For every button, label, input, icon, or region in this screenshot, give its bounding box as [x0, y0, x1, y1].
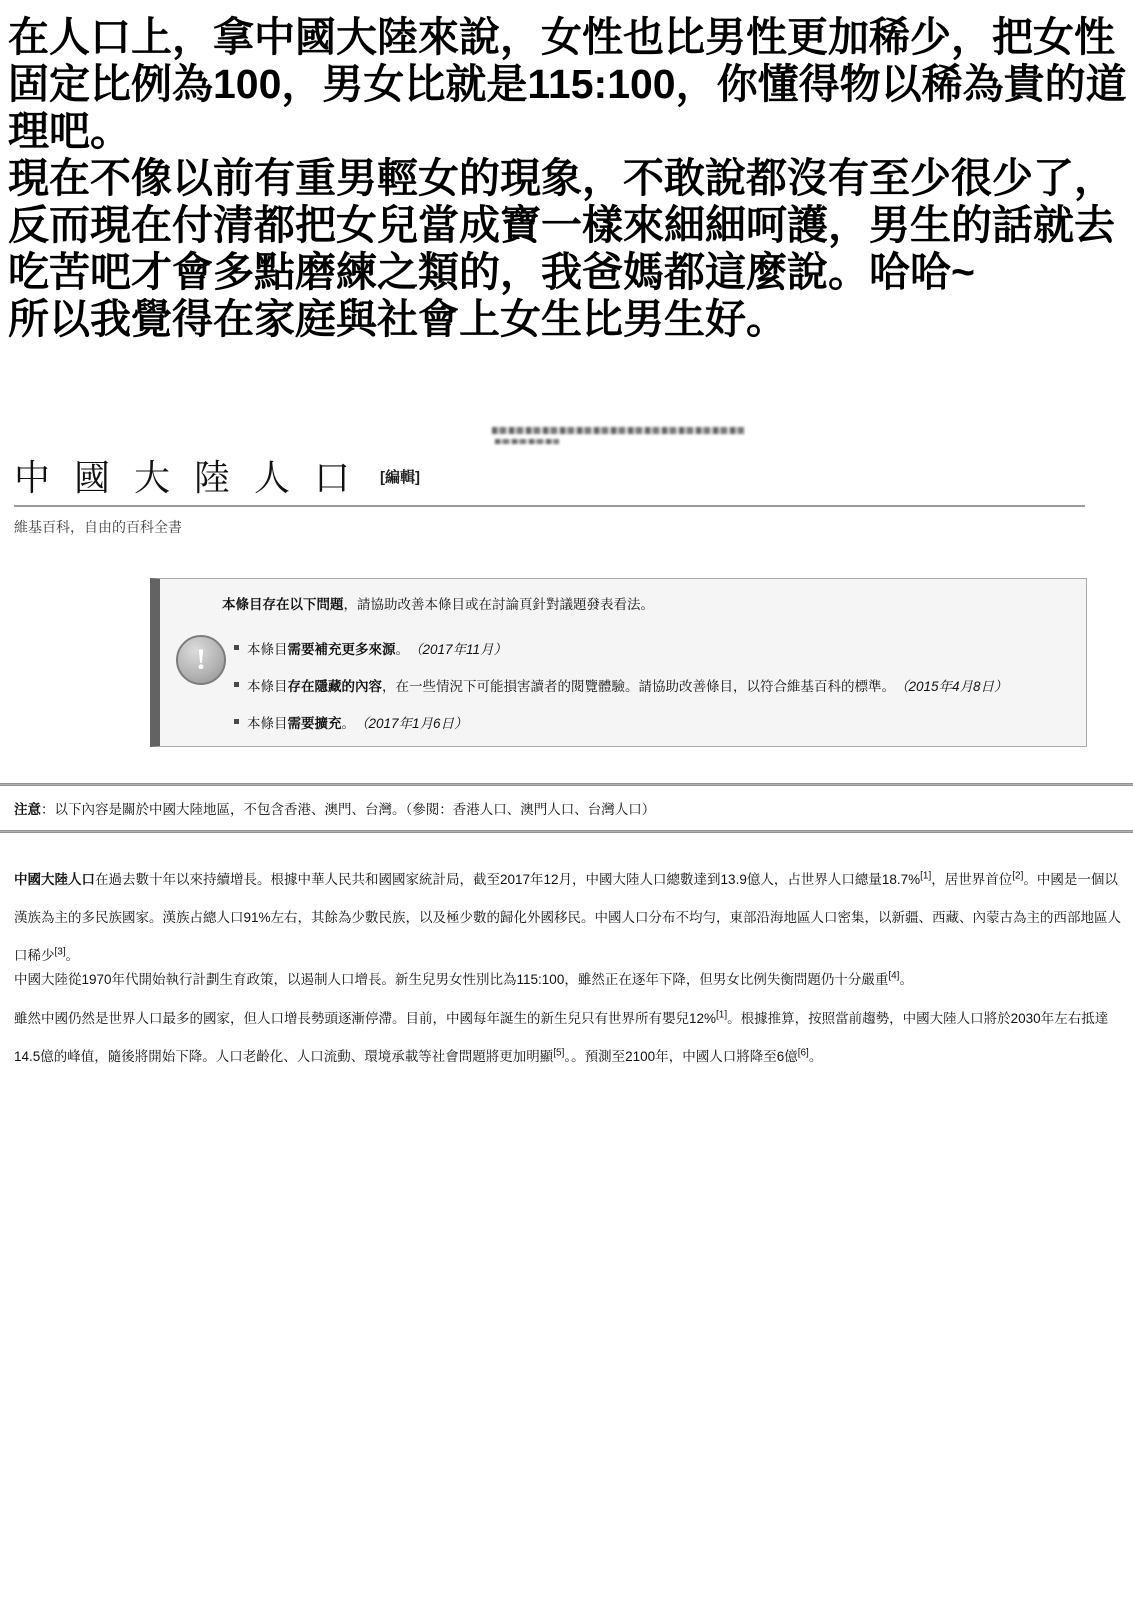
article-paragraph: 中國大陸從1970年代開始執行計劃生育政策，以遏制人口增長。新生兒男女性別比為1…	[14, 961, 1126, 999]
issue-item: 本條目需要補充更多來源。（2017年11月）	[234, 629, 1008, 666]
comment-paragraph: 在人口上，拿中國大陸來說，女性也比男性更加稀少，把女性固定比例為100，男女比就…	[8, 14, 1133, 155]
issues-box: ! 本條目存在以下問題，請協助改善本條目或在討論頁針對議題發表看法。 本條目需要…	[150, 578, 1087, 747]
text-segment: 。	[809, 1049, 823, 1064]
text-segment: 。	[396, 638, 410, 658]
text-segment: 雖然中國仍然是世界人口最多的國家，但人口增長勢頭逐漸停滯。目前，中國每年誕生的新…	[14, 1011, 716, 1026]
ref-link[interactable]: [3]	[55, 946, 66, 957]
comment-paragraph: 現在不像以前有重男輕女的現象，不敢說都沒有至少很少了，反而現在付清都把女兒當成寶…	[8, 155, 1133, 296]
section-divider	[0, 830, 1133, 833]
text-segment: 。	[899, 972, 913, 987]
ref-link[interactable]: [5]	[553, 1047, 564, 1058]
ref-link[interactable]: [4]	[888, 970, 899, 981]
exclamation-glyph: !	[196, 645, 206, 675]
text-segment: 需要擴充	[288, 712, 342, 732]
section-divider	[0, 783, 1133, 786]
issues-list: 本條目需要補充更多來源。（2017年11月） 本條目存在隱藏的內容，在一些情況下…	[234, 629, 1008, 740]
ref-link[interactable]: [1]	[920, 870, 931, 881]
text-segment: （2017年1月6日）	[355, 712, 468, 732]
issue-item: 本條目需要擴充。（2017年1月6日）	[234, 703, 1008, 740]
text-segment: 在過去數十年以來持續增長。根據中華人民共和國國家統計局，截至2017年12月，中…	[95, 872, 920, 887]
site-tagline: 維基百科，自由的百科全書	[14, 517, 182, 537]
text-segment: （2017年11月）	[409, 638, 507, 658]
issues-header: 本條目存在以下問題，請協助改善本條目或在討論頁針對議題發表看法。	[222, 593, 654, 613]
text-segment: 。。預測至2100年，中國人口將降至6億	[564, 1049, 797, 1064]
text-segment: 需要補充更多來源	[288, 638, 396, 658]
text-segment: 本條目	[247, 712, 288, 732]
text-segment: （2015年4月8日）	[895, 675, 1008, 695]
comment-text: 在人口上，拿中國大陸來說，女性也比男性更加稀少，把女性固定比例為100，男女比就…	[8, 14, 1133, 343]
text-segment: 本條目	[247, 638, 288, 658]
text-segment: ，在一些情況下可能損害讀者的閱覽體驗。請協助改善條目，以符合維基百科的標準。	[382, 675, 895, 695]
issue-item: 本條目存在隱藏的內容，在一些情況下可能損害讀者的閱覽體驗。請協助改善條目，以符合…	[234, 666, 1008, 703]
text-segment: 本條目存在以下問題	[222, 597, 344, 612]
article-paragraph: 中國大陸人口在過去數十年以來持續增長。根據中華人民共和國國家統計局，截至2017…	[14, 861, 1126, 975]
text-segment: 注意	[14, 802, 41, 817]
text-segment: ：以下內容是關於中國大陸地區，不包含香港、澳門、台灣。（參閱：香港人口、澳門人口…	[41, 802, 655, 817]
article-paragraph: 雖然中國仍然是世界人口最多的國家，但人口增長勢頭逐漸停滯。目前，中國每年誕生的新…	[14, 1000, 1126, 1076]
text-segment: 本條目	[247, 675, 288, 695]
text-segment: 中國大陸人口	[14, 872, 95, 887]
illegible-text-strip	[495, 439, 559, 444]
ref-link[interactable]: [1]	[716, 1009, 727, 1020]
text-segment: 存在隱藏的內容	[288, 675, 383, 695]
illegible-text-strip	[492, 427, 744, 434]
title-divider	[14, 505, 1085, 507]
page: 在人口上，拿中國大陸來說，女性也比男性更加稀少，把女性固定比例為100，男女比就…	[0, 0, 1133, 1600]
comment-paragraph: 所以我覺得在家庭與社會上女生比男生好。	[8, 296, 1133, 343]
text-segment: 中國大陸從1970年代開始執行計劃生育政策，以遏制人口增長。新生兒男女性別比為1…	[14, 972, 888, 987]
text-segment: ，居世界首位	[931, 872, 1012, 887]
edit-link[interactable]: [編輯]	[380, 469, 420, 486]
scope-notice: 注意：以下內容是關於中國大陸地區，不包含香港、澳門、台灣。（參閱：香港人口、澳門…	[14, 795, 1124, 825]
text-segment: 。	[342, 712, 356, 732]
article-title: 中國大陸人口[編輯]	[14, 450, 420, 501]
article-title-text: 中國大陸人口	[14, 458, 374, 498]
text-segment: ，請協助改善本條目或在討論頁針對議題發表看法。	[344, 597, 655, 612]
ref-link[interactable]: [2]	[1012, 870, 1023, 881]
exclamation-icon: !	[176, 635, 226, 685]
ref-link[interactable]: [6]	[798, 1047, 809, 1058]
